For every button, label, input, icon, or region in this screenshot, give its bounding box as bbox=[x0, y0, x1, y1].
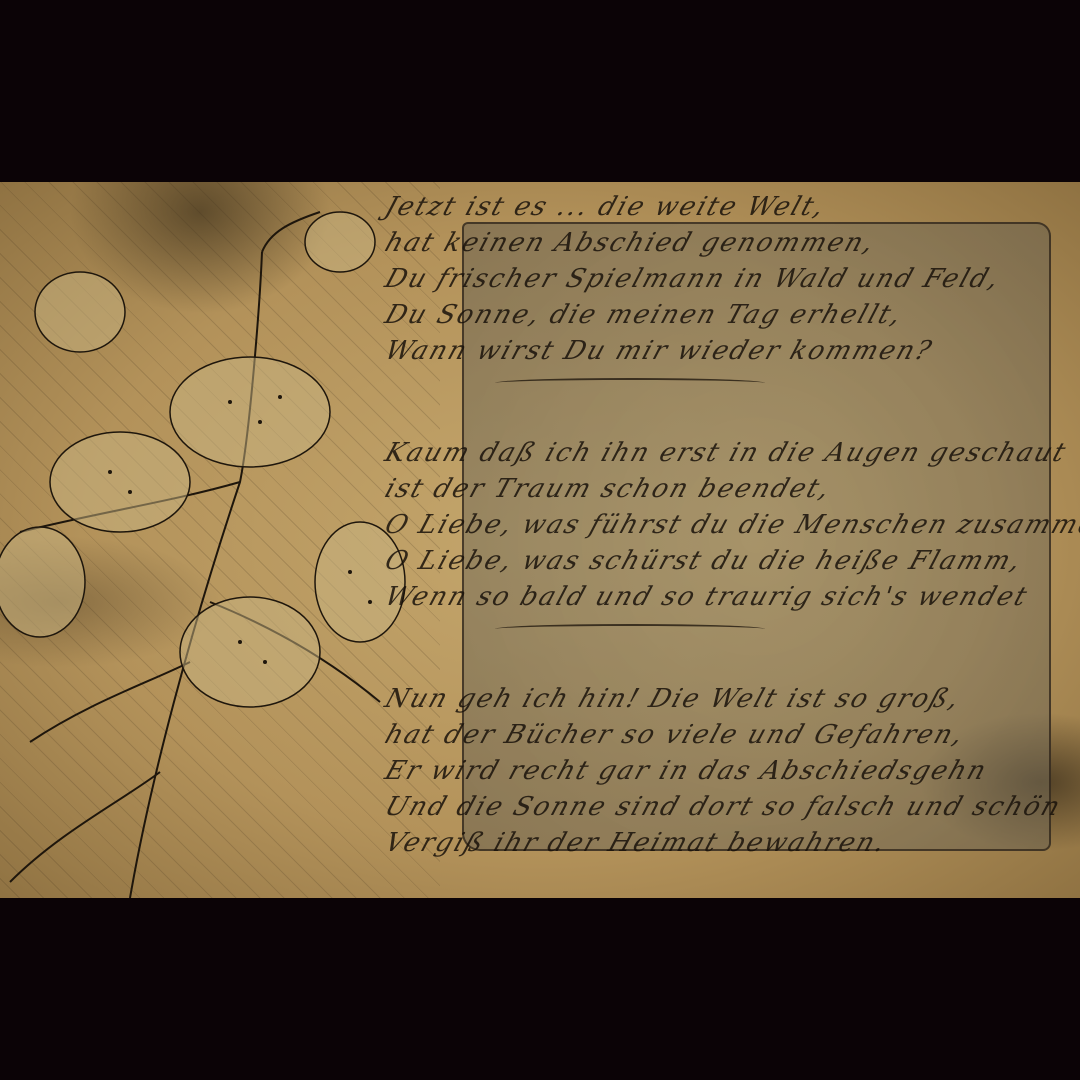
verse-line: Vergiß ihr der Heimat bewahren. bbox=[379, 828, 1071, 864]
verse-line: Nun geh ich hin! Die Welt ist so groß, bbox=[379, 684, 1071, 720]
verse-line: ist der Traum schon beendet, bbox=[379, 474, 1071, 510]
handwritten-verses: Jetzt ist es ... die weite Welt, hat kei… bbox=[385, 192, 1065, 864]
verse-line: O Liebe, was schürst du die heiße Flamm, bbox=[379, 546, 1071, 582]
letterbox-bottom bbox=[0, 898, 1080, 1080]
flourish-divider bbox=[385, 618, 1065, 640]
verse-line: Und die Sonne sind dort so falsch und sc… bbox=[379, 792, 1071, 828]
verse-line: O Liebe, was führst du die Menschen zusa… bbox=[379, 510, 1071, 546]
verse-line: Jetzt ist es ... die weite Welt, bbox=[379, 192, 1071, 228]
flourish-divider bbox=[385, 372, 1065, 394]
verse-line: Er wird recht gar in das Abschiedsgehn bbox=[379, 756, 1071, 792]
verse-line: hat keinen Abschied genommen, bbox=[379, 228, 1071, 264]
letterbox-top bbox=[0, 0, 1080, 182]
verse-line: hat der Bücher so viele und Gefahren, bbox=[379, 720, 1071, 756]
verse-line: Wann wirst Du mir wieder kommen? bbox=[379, 336, 1071, 372]
aged-paper: Jetzt ist es ... die weite Welt, hat kei… bbox=[0, 182, 1080, 898]
verse-line: Du Sonne, die meinen Tag erhellt, bbox=[379, 300, 1071, 336]
verse-line: Kaum daß ich ihn erst in die Augen gesch… bbox=[379, 438, 1071, 474]
lily-engraving-icon bbox=[0, 182, 420, 898]
verse-line: Du frischer Spielmann in Wald und Feld, bbox=[379, 264, 1071, 300]
verse-line: Wenn so bald und so traurig sich's wende… bbox=[379, 582, 1071, 618]
